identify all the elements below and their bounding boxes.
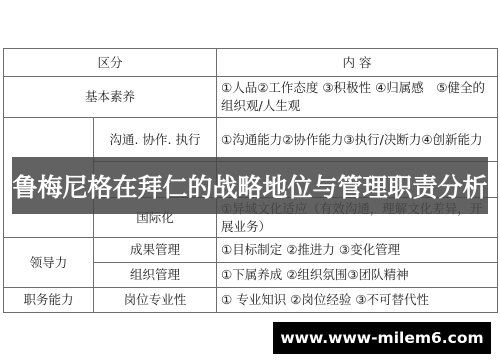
table-row-job: 职务能力 岗位专业性 ① 专业知识 ②岗位经验 ③不可替代性	[4, 288, 498, 313]
banner-title: 鲁梅尼格在拜仁的战略地位与管理职责分析	[12, 168, 487, 204]
row-sub-job: 岗位专业性	[94, 288, 217, 313]
header-content: 内 容	[217, 49, 498, 77]
row-sub-results: 成果管理	[94, 238, 217, 263]
row-sub-organization: 组织管理	[94, 263, 217, 288]
row-content-results: ①目标制定 ②推进力 ③变化管理	[217, 238, 498, 263]
row-content-communication: ①沟通能力②协作能力③执行/决断力④创新能力	[217, 118, 498, 162]
title-banner: 鲁梅尼格在拜仁的战略地位与管理职责分析	[12, 157, 488, 214]
row-category-basic: 基本素养	[4, 77, 217, 118]
table-header-row: 区分 内 容	[4, 49, 498, 77]
row-content-job: ① 专业知识 ②岗位经验 ③不可替代性	[217, 288, 498, 313]
row-category-leadership: 领导力	[4, 238, 94, 288]
table-row-communication: 沟通. 协作. 执行 ①沟通能力②协作能力③执行/决断力④创新能力	[4, 118, 498, 162]
watermark-box: www.www-milem6.com	[273, 322, 491, 354]
table-row-results: 领导力 成果管理 ①目标制定 ②推进力 ③变化管理	[4, 238, 498, 263]
header-category: 区分	[4, 49, 217, 77]
row-category-job: 职务能力	[4, 288, 94, 313]
row-content-basic: ①人品②工作态度 ③积极性 ④归属感 ⑤健全的组织观/人生观	[217, 77, 498, 118]
table-row-basic: 基本素养 ①人品②工作态度 ③积极性 ④归属感 ⑤健全的组织观/人生观	[4, 77, 498, 118]
watermark-text: www.www-milem6.com	[280, 329, 483, 347]
row-sub-communication: 沟通. 协作. 执行	[94, 118, 217, 162]
row-content-organization: ①下属养成 ②组织氛围③团队精神	[217, 263, 498, 288]
